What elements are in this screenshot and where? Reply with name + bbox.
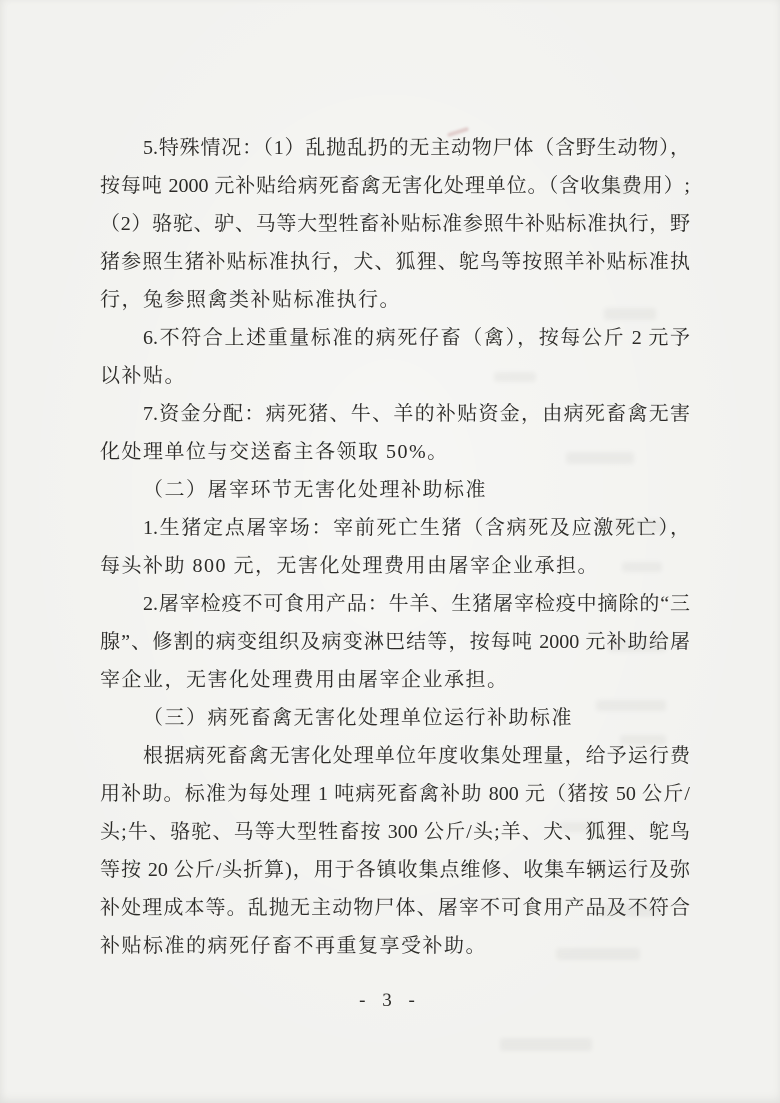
text-line: （三）病死畜禽无害化处理单位运行补助标准 [100,699,690,737]
text-line: 补处理成本等。乱抛无主动物尸体、屠宰不可食用产品及不符合 [100,889,690,927]
scanned-document-page: 5.特殊情况：（1）乱抛乱扔的无主动物尸体（含野生动物），按每吨 2000 元补… [0,0,780,1103]
text-line: 行，兔参照禽类补贴标准执行。 [100,281,690,319]
text-line: 宰企业，无害化处理费用由屠宰企业承担。 [100,661,690,699]
text-line: （二）屠宰环节无害化处理补助标准 [100,471,690,509]
text-block: 5.特殊情况：（1）乱抛乱扔的无主动物尸体（含野生动物），按每吨 2000 元补… [100,129,690,965]
text-line: 等按 20 公斤/头折算)，用于各镇收集点维修、收集车辆运行及弥 [100,851,690,889]
text-line: 每头补助 800 元，无害化处理费用由屠宰企业承担。 [100,547,690,585]
text-line: 2.屠宰检疫不可食用产品：牛羊、生猪屠宰检疫中摘除的“三 [100,585,690,623]
text-line: 5.特殊情况：（1）乱抛乱扔的无主动物尸体（含野生动物）， [100,129,690,167]
text-line: 7.资金分配：病死猪、牛、羊的补贴资金，由病死畜禽无害 [100,395,690,433]
text-line: 按每吨 2000 元补贴给病死畜禽无害化处理单位。（含收集费用）; [100,167,690,205]
text-line: 用补助。标准为每处理 1 吨病死畜禽补助 800 元（猪按 50 公斤/ [100,775,690,813]
text-line: 腺”、修割的病变组织及病变淋巴结等，按每吨 2000 元补助给屠 [100,623,690,661]
text-line: 1.生猪定点屠宰场：宰前死亡生猪（含病死及应激死亡）， [100,509,690,547]
page-number: - 3 - [100,990,680,1012]
text-line: 补贴标准的病死仔畜不再重复享受补助。 [100,927,690,965]
text-line: 头;牛、骆驼、马等大型牲畜按 300 公斤/头;羊、犬、狐狸、鸵鸟 [100,813,690,851]
text-line: 根据病死畜禽无害化处理单位年度收集处理量，给予运行费 [100,737,690,775]
text-line: 化处理单位与交送畜主各领取 50%。 [100,433,690,471]
bleedthrough-artifact [500,1038,592,1051]
text-line: （2）骆驼、驴、马等大型牲畜补贴标准参照牛补贴标准执行，野 [100,205,690,243]
text-line: 以补贴。 [100,357,690,395]
text-line: 猪参照生猪补贴标准执行，犬、狐狸、鸵鸟等按照羊补贴标准执 [100,243,690,281]
text-line: 6.不符合上述重量标准的病死仔畜（禽），按每公斤 2 元予 [100,319,690,357]
